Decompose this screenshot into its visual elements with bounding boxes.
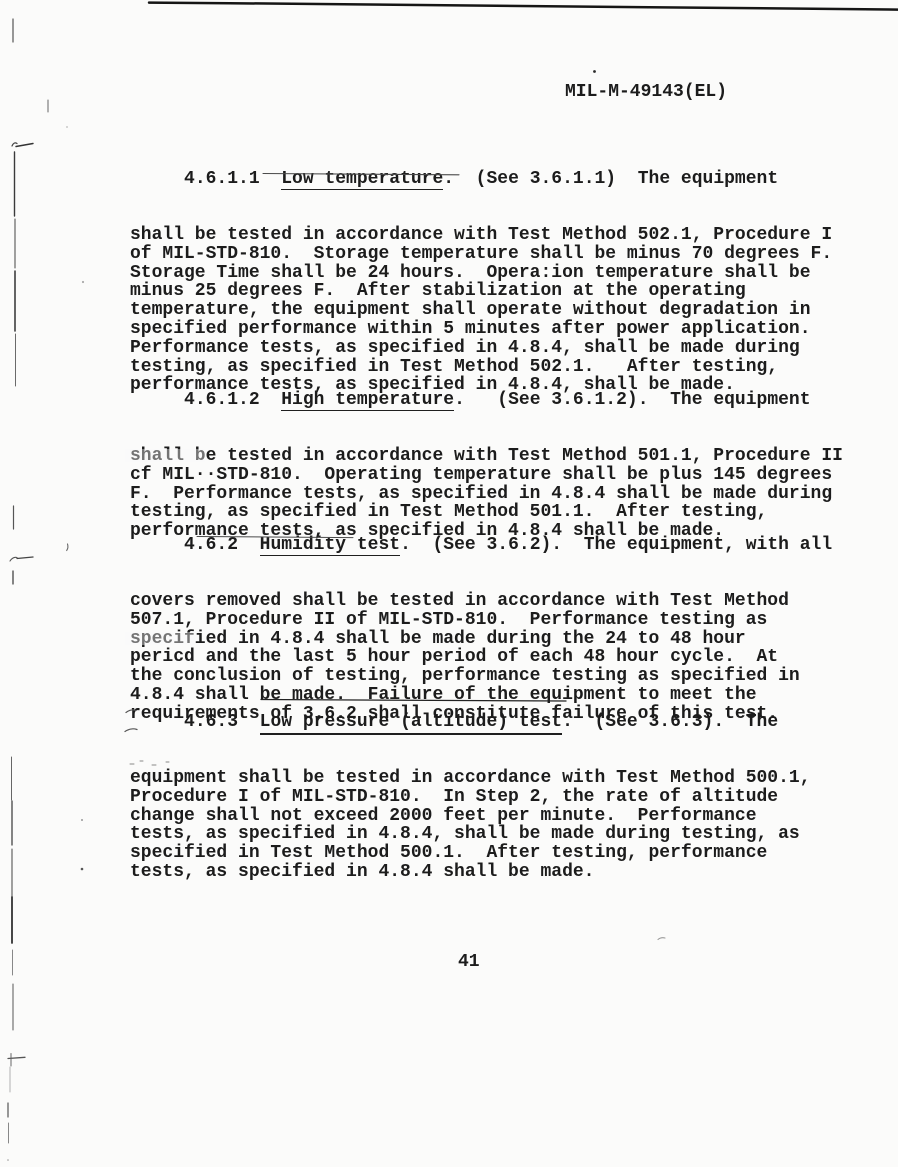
section-body-text: equipment shall be tested in accordance … bbox=[130, 769, 811, 882]
heading-rest: . (See 3.6.1.1) The equipment bbox=[443, 169, 778, 189]
heading-indent bbox=[130, 712, 184, 732]
heading-rest: . (See 3.6.1.2). The equipment bbox=[454, 390, 810, 410]
heading-rest: . (See 3.6.2). The equipment, with all bbox=[400, 535, 832, 555]
section-heading: 4.6.3 Low pressure (altitude) test. (See… bbox=[130, 713, 811, 732]
heading-indent bbox=[130, 169, 184, 189]
scanned-page: { "colors": { "ink": "#1c1c1c", "paper":… bbox=[0, 0, 898, 1167]
heading-gap bbox=[260, 390, 282, 410]
section-number: 4.6.1.2 bbox=[184, 390, 260, 410]
section-title: High temperature bbox=[281, 390, 454, 412]
section-heading: 4.6.1.1 Low temperature. (See 3.6.1.1) T… bbox=[130, 170, 832, 189]
section-number: 4.6.2 bbox=[184, 535, 238, 555]
page-body: MIL-M-49143(EL) 4.6.1.1 Low temperature.… bbox=[0, 0, 898, 1167]
section-title: Low pressure (altitude) test bbox=[260, 712, 562, 736]
section-heading: 4.6.2 Humidity test. (See 3.6.2). The eq… bbox=[130, 536, 832, 555]
heading-indent bbox=[130, 390, 184, 410]
heading-rest: . (See 3.6.3). The bbox=[562, 712, 778, 732]
heading-indent bbox=[130, 535, 184, 555]
heading-gap bbox=[238, 535, 260, 555]
doc-id-header: MIL-M-49143(EL) bbox=[565, 83, 727, 102]
heading-gap bbox=[238, 712, 260, 732]
section-4-6-3: 4.6.3 Low pressure (altitude) test. (See… bbox=[130, 675, 811, 919]
section-title: Humidity test bbox=[260, 535, 400, 557]
section-number: 4.6.3 bbox=[184, 712, 238, 732]
section-heading: 4.6.1.2 High temperature. (See 3.6.1.2).… bbox=[130, 391, 843, 410]
section-title: Low temperature bbox=[281, 169, 443, 191]
page-number: 41 bbox=[458, 953, 480, 972]
section-number: 4.6.1.1 bbox=[184, 169, 260, 189]
heading-gap bbox=[260, 169, 282, 189]
